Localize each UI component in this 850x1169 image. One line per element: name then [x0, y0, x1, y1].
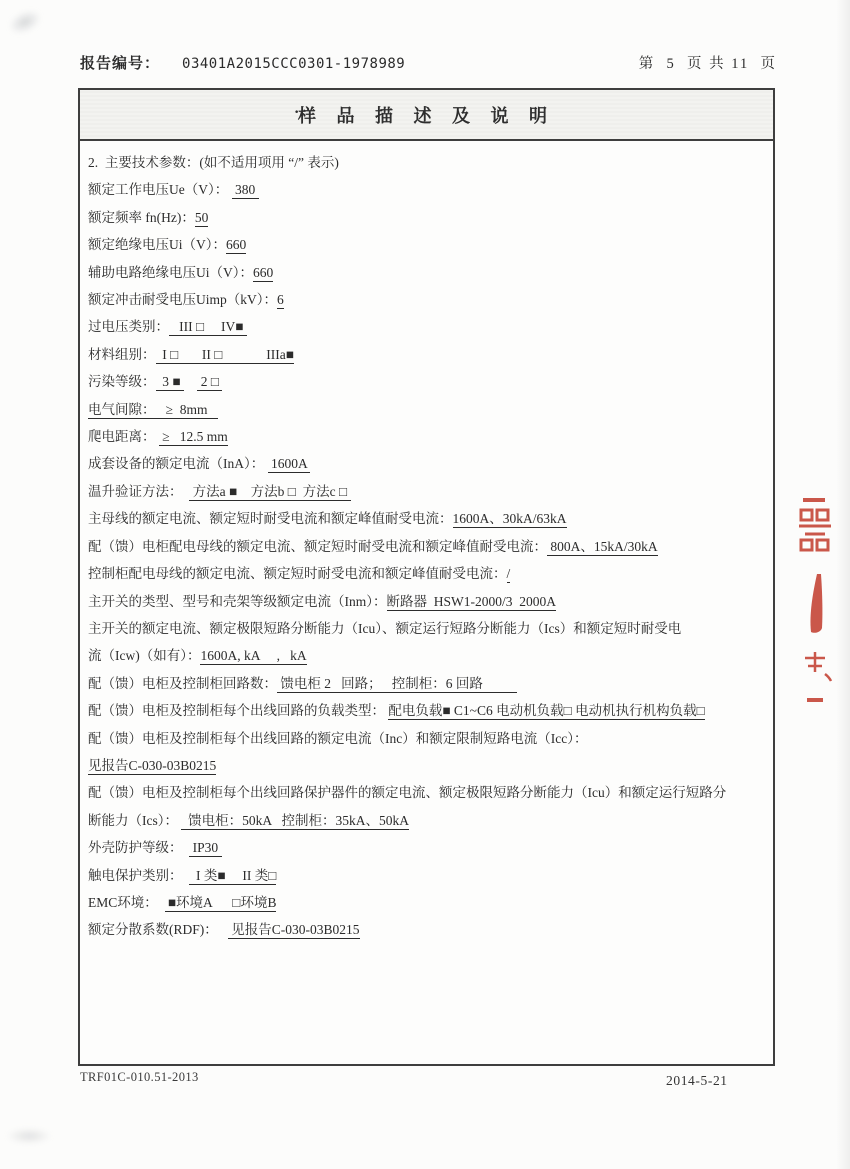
field-label: 配（馈）电柜及控制柜每个出线回路保护器件的额定电流、额定极限短路分断能力（Icu…: [88, 785, 726, 800]
form-row: 外壳防护等级： IP30: [88, 834, 769, 861]
field-label: 成套设备的额定电流（InA）：: [88, 456, 268, 471]
field-label: 配（馈）电柜及控制柜每个出线回路的额定电流（Inc）和额定限制短路电流（Icc）…: [88, 731, 587, 746]
field-value: 见报告C-030-03B0215: [88, 758, 216, 775]
red-seal-fragment: [795, 492, 837, 710]
field-label: 配（馈）电柜及控制柜每个出线回路的负载类型：: [88, 703, 388, 718]
form-row: 材料组别： I □ II □ IIIa■: [88, 341, 769, 368]
field-value: 660: [226, 237, 246, 254]
field-value: 3 ■: [156, 374, 184, 391]
field-value: 1600A、30kA/63kA: [453, 511, 567, 528]
field-value: 380: [232, 182, 259, 199]
form-row: EMC环境： ■环境A □环境B: [88, 889, 769, 916]
form-row: 额定频率 fn(Hz)：50: [88, 204, 769, 231]
field-label: 流（Icw)（如有）：: [88, 648, 200, 663]
field-label: 主母线的额定电流、额定短时耐受电流和额定峰值耐受电流：: [88, 511, 453, 526]
field-label: 额定工作电压Ue（V）：: [88, 182, 232, 197]
form-row: 成套设备的额定电流（InA）： 1600A: [88, 450, 769, 477]
field-value: 馈电柜：50kA 控制柜：35kA、50kA: [181, 813, 409, 830]
field-label: 温升验证方法：: [88, 484, 189, 499]
field-label: 额定绝缘电压Ui（V）：: [88, 237, 226, 252]
field-label: EMC环境：: [88, 895, 165, 910]
field-value: 电气间隙： ≥ 8mm: [88, 402, 218, 419]
field-label: 额定频率 fn(Hz)：: [88, 210, 195, 225]
field-label: 配（馈）电柜配电母线的额定电流、额定短时耐受电流和额定峰值耐受电流：: [88, 539, 547, 554]
form-border-box: · 样 品 描 述 及 说 明 2. 主要技术参数：(如不适用项用 “/” 表示…: [78, 88, 775, 1066]
scan-smudge-top-left: [5, 6, 44, 38]
form-row: 爬电距离： ≥ 12.5 mm: [88, 423, 769, 450]
form-row: 配（馈）电柜及控制柜每个出线回路的额定电流（Inc）和额定限制短路电流（Icc）…: [88, 725, 769, 752]
field-label: 额定分散系数(RDF)：: [88, 922, 228, 937]
form-row: 配（馈）电柜配电母线的额定电流、额定短时耐受电流和额定峰值耐受电流： 800A、…: [88, 533, 769, 560]
form-row: 额定工作电压Ue（V）： 380: [88, 176, 769, 203]
form-row: 过电压类别： III □ IV■: [88, 313, 769, 340]
form-row: 额定绝缘电压Ui（V）：660: [88, 231, 769, 258]
form-row: 辅助电路绝缘电压Ui（V）：660: [88, 259, 769, 286]
field-value: 方法a ■ 方法b □ 方法c □: [189, 484, 350, 501]
field-label: 额定冲击耐受电压Uimp（kV）：: [88, 292, 277, 307]
page-indicator: 第 5 页 共 11 页: [639, 52, 777, 73]
field-label: 外壳防护等级：: [88, 840, 189, 855]
field-label: 配（馈）电柜及控制柜回路数：: [88, 676, 277, 691]
field-label: 主开关的类型、型号和壳架等级额定电流（Inm）：: [88, 594, 387, 609]
form-row: 断能力（Ics）： 馈电柜：50kA 控制柜：35kA、50kA: [88, 807, 769, 834]
section-title-bar: · 样 品 描 述 及 说 明: [80, 90, 773, 141]
field-label: 过电压类别：: [88, 319, 169, 334]
field-value: 660: [253, 265, 273, 282]
form-row: 主母线的额定电流、额定短时耐受电流和额定峰值耐受电流：1600A、30kA/63…: [88, 505, 769, 532]
field-value: I □ II □ IIIa■: [156, 347, 294, 364]
field-label: 材料组别：: [88, 347, 156, 362]
field-value: 1600A, kA , kA: [200, 648, 306, 665]
scan-edge-shadow: [836, 0, 850, 1169]
form-row: 见报告C-030-03B0215: [88, 752, 769, 779]
form-row: 电气间隙： ≥ 8mm: [88, 396, 769, 423]
form-row: 主开关的额定电流、额定极限短路分断能力（Icu）、额定运行短路分断能力（Ics）…: [88, 615, 769, 642]
field-label: 2. 主要技术参数：(如不适用项用 “/” 表示): [88, 155, 339, 170]
field-label: [184, 374, 198, 389]
field-value: 1600A: [268, 456, 311, 473]
field-value: 馈电柜 2 回路； 控制柜：6 回路: [277, 676, 517, 693]
form-row: 额定冲击耐受电压Uimp（kV）：6: [88, 286, 769, 313]
field-label: 辅助电路绝缘电压Ui（V）：: [88, 265, 253, 280]
report-header: 报告编号： 03401A2015CCC0301-1978989 第 5 页 共 …: [80, 52, 777, 73]
form-row: 配（馈）电柜及控制柜每个出线回路的负载类型： 配电负载■ C1~C6 电动机负载…: [88, 697, 769, 724]
page-title: 样 品 描 述 及 说 明: [298, 102, 555, 128]
field-label: 污染等级：: [88, 374, 156, 389]
field-value: III □ IV■: [169, 319, 247, 336]
field-label: 爬电距离：: [88, 429, 159, 444]
form-row: 温升验证方法： 方法a ■ 方法b □ 方法c □: [88, 478, 769, 505]
form-row: 污染等级： 3 ■ 2 □: [88, 368, 769, 395]
field-value: 断路器 HSW1-2000/3 2000A: [387, 594, 557, 611]
form-row: 2. 主要技术参数：(如不适用项用 “/” 表示): [88, 149, 769, 176]
field-value: 50: [195, 210, 209, 227]
field-label: 主开关的额定电流、额定极限短路分断能力（Icu）、额定运行短路分断能力（Ics）…: [88, 621, 681, 636]
field-value: I 类■ II 类□: [189, 868, 276, 885]
report-number-label: 报告编号：: [80, 52, 160, 73]
scan-smudge-bottom-left: [6, 1128, 52, 1144]
form-rows: 2. 主要技术参数：(如不适用项用 “/” 表示)额定工作电压Ue（V）： 38…: [80, 141, 773, 944]
field-label: 控制柜配电母线的额定电流、额定短时耐受电流和额定峰值耐受电流：: [88, 566, 507, 581]
form-row: 流（Icw)（如有）：1600A, kA , kA: [88, 642, 769, 669]
field-value: 800A、15kA/30kA: [547, 539, 658, 556]
field-value: /: [507, 566, 511, 583]
form-row: 配（馈）电柜及控制柜每个出线回路保护器件的额定电流、额定极限短路分断能力（Icu…: [88, 779, 769, 806]
form-row: 控制柜配电母线的额定电流、额定短时耐受电流和额定峰值耐受电流：/: [88, 560, 769, 587]
field-label: 触电保护类别：: [88, 868, 189, 883]
field-value: 6: [277, 292, 284, 309]
report-number-value: 03401A2015CCC0301-1978989: [182, 56, 405, 72]
form-row: 主开关的类型、型号和壳架等级额定电流（Inm）：断路器 HSW1-2000/3 …: [88, 588, 769, 615]
field-label: 断能力（Ics）：: [88, 813, 181, 828]
field-value: 见报告C-030-03B0215: [228, 922, 360, 939]
form-row: 额定分散系数(RDF)： 见报告C-030-03B0215: [88, 916, 769, 943]
report-date: 2014-5-21: [666, 1073, 728, 1089]
field-value: ■环境A □环境B: [165, 895, 277, 912]
field-value: 2 □: [197, 374, 222, 391]
field-value: IP30: [189, 840, 221, 857]
form-template-code: TRF01C-010.51-2013: [80, 1070, 199, 1085]
stray-dot-mark: ·: [294, 104, 299, 122]
field-value: 配电负载■ C1~C6 电动机负载□ 电动机执行机构负载□: [388, 703, 704, 720]
field-value: ≥ 12.5 mm: [159, 429, 228, 446]
form-row: 触电保护类别： I 类■ II 类□: [88, 862, 769, 889]
form-row: 配（馈）电柜及控制柜回路数： 馈电柜 2 回路； 控制柜：6 回路: [88, 670, 769, 697]
